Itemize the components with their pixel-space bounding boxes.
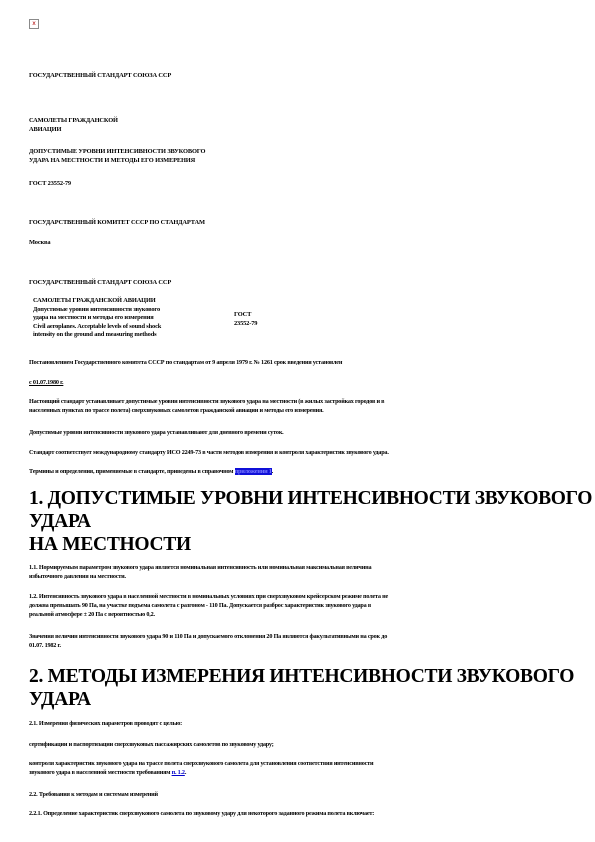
header-state-standard: ГОСУДАРСТВЕННЫЙ СТАНДАРТ СОЮЗА ССР (29, 279, 171, 288)
decree-text: Постановлением Государственного комитета… (29, 358, 589, 367)
cover-city: Москва (29, 239, 50, 248)
standard-number-cell: ГОСТ 23552-79 (234, 311, 274, 328)
paragraph-1-1: 1.1. Нормируемым параметром звукового уд… (29, 563, 589, 581)
cover-subtitle: ДОПУСТИМЫЕ УРОВНИ ИНТЕНСИВНОСТИ ЗВУКОВОГ… (29, 148, 205, 165)
document-page: x ГОСУДАРСТВЕННЫЙ СТАНДАРТ СОЮЗА ССР САМ… (0, 0, 595, 842)
cover-state-standard: ГОСУДАРСТВЕННЫЙ СТАНДАРТ СОЮЗА ССР (29, 72, 171, 81)
paragraph-2-1: 2.1. Измерения физических параметров про… (29, 719, 182, 728)
paragraph-2-2-1: 2.2.1. Определение характеристик сверхзв… (29, 809, 374, 818)
appendix-1-link[interactable]: приложении 1 (235, 468, 272, 475)
section-1-heading: 1. ДОПУСТИМЫЕ УРОВНИ ИНТЕНСИВНОСТИ ЗВУКО… (29, 487, 592, 556)
broken-image-icon: x (29, 19, 39, 29)
terms-paragraph: Термины и определения, применяемые в ста… (29, 467, 273, 476)
scope-paragraph: Настоящий стандарт устанавливает допусти… (29, 397, 589, 415)
iso-paragraph: Стандарт соответствует международному ст… (29, 448, 389, 457)
section-2-heading: 2. МЕТОДЫ ИЗМЕРЕНИЯ ИНТЕНСИВНОСТИ ЗВУКОВ… (29, 665, 574, 711)
cover-gost-number: ГОСТ 23552-79 (29, 180, 71, 189)
daytime-paragraph: Допустимые уровни интенсивности звуковог… (29, 428, 284, 437)
clause-1-2-link[interactable]: п. 1.2 (172, 769, 185, 776)
standard-title-cell: САМОЛЕТЫ ГРАЖДАНСКОЙ АВИАЦИИ Допустимые … (33, 297, 233, 340)
paragraph-2-2: 2.2. Требования к методам и системам изм… (29, 790, 158, 799)
paragraph-1-2: 1.2. Интенсивность звукового удара в нас… (29, 592, 589, 619)
effective-date: с 01.07.1980 г. (29, 378, 63, 387)
control-paragraph: контроля характеристик звукового удара н… (29, 759, 589, 777)
cover-committee: ГОСУДАРСТВЕННЫЙ КОМИТЕТ СССР ПО СТАНДАРТ… (29, 219, 205, 228)
paragraph-values: Значения величин интенсивности звукового… (29, 632, 589, 650)
cover-title: САМОЛЕТЫ ГРАЖДАНСКОЙ АВИАЦИИ (29, 117, 118, 134)
certification-paragraph: сертификации и паспортизации сверхзвуков… (29, 740, 274, 749)
